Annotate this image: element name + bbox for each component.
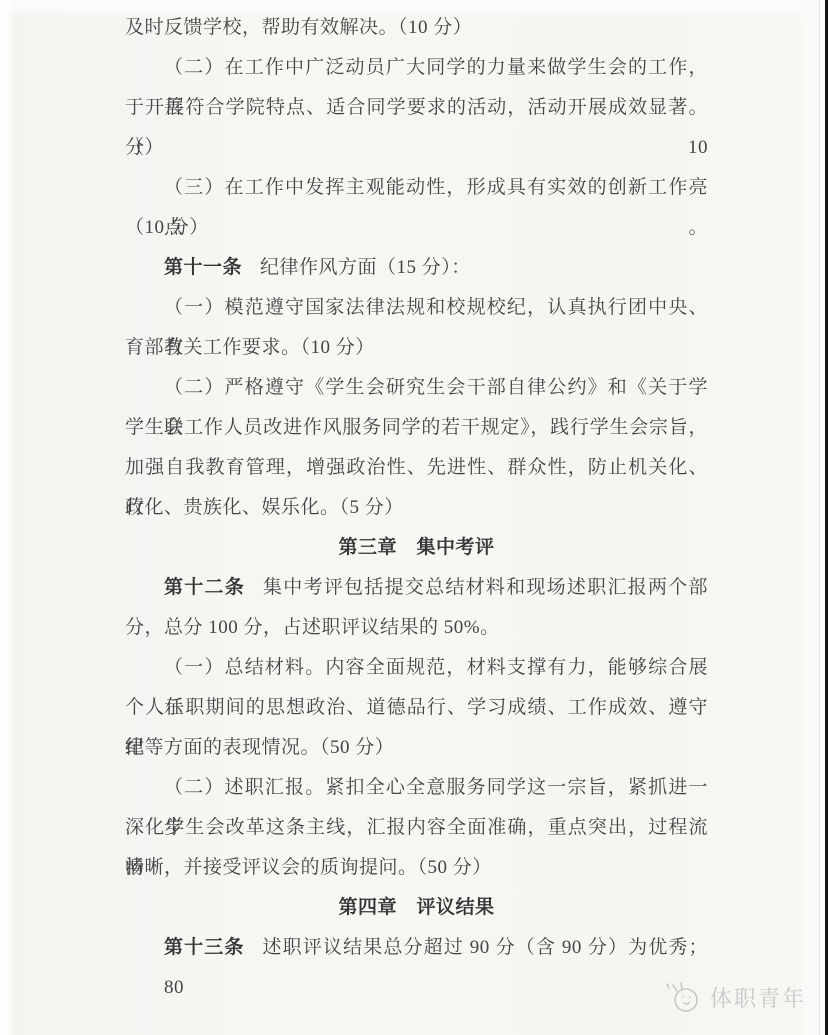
paragraph-line: 及时反馈学校，帮助有效解决。（10 分） [125, 8, 708, 48]
article-number: 第十三条 [164, 937, 245, 958]
chapter-heading: 第三章 集中考评 [125, 528, 708, 568]
watermark: 体职青年 [663, 979, 806, 1015]
paragraph-line: 育部有关工作要求。（10 分） [125, 328, 708, 368]
article-number: 第十一条 [164, 257, 242, 278]
paragraph-line: （三）在工作中发挥主观能动性，形成具有实效的创新工作亮点。 [125, 168, 708, 208]
paragraph-line: 加强自我教育管理，增强政治性、先进性、群众性，防止机关化、行 [125, 448, 708, 488]
paragraph-line: 个人任职期间的思想政治、道德品行、学习成绩、工作成效、遵守纪 [125, 688, 708, 728]
chapter-heading: 第四章 评议结果 [125, 888, 708, 928]
article-text: 集中考评包括提交总结材料和现场述职汇报两个部 [263, 577, 708, 598]
article-number: 第十二条 [164, 577, 245, 598]
paragraph-line: （二）严格遵守《学生会研究生会干部自律公约》和《关于学联 [125, 368, 708, 408]
paragraph-line: 第十三条述职评议结果总分超过 90 分（含 90 分）为优秀；80 [125, 928, 708, 968]
paragraph-line: 学生会工作人员改进作风服务同学的若干规定》，践行学生会宗旨， [125, 408, 708, 448]
watermark-label: 体职青年 [710, 982, 806, 1013]
paragraph-line: （二）在工作中广泛动员广大同学的力量来做学生会的工作，善 [125, 48, 708, 88]
paragraph-line: 分，总分 100 分，占述职评议结果的 50%。 [125, 608, 708, 648]
paragraph-line: （一）总结材料。内容全面规范，材料支撑有力，能够综合展示 [125, 648, 708, 688]
document-page: 及时反馈学校，帮助有效解决。（10 分）（二）在工作中广泛动员广大同学的力量来做… [0, 0, 828, 1035]
paragraph-line: 第十二条集中考评包括提交总结材料和现场述职汇报两个部 [125, 568, 708, 608]
document-body: 及时反馈学校，帮助有效解决。（10 分）（二）在工作中广泛动员广大同学的力量来做… [125, 8, 708, 968]
paragraph-line: 于开展符合学院特点、适合同学要求的活动，活动开展成效显著。（10 [125, 88, 708, 128]
publisher-mascot-icon [663, 979, 703, 1015]
paragraph-line: 清晰，并接受评议会的质询提问。（50 分） [125, 848, 708, 888]
paragraph-line: 政化、贵族化、娱乐化。（5 分） [125, 488, 708, 528]
paragraph-line: （二）述职汇报。紧扣全心全意服务同学这一宗旨，紧抓进一步 [125, 768, 708, 808]
paragraph-line: 律等方面的表现情况。（50 分） [125, 728, 708, 768]
paragraph-line: 深化学生会改革这条主线，汇报内容全面准确，重点突出，过程流畅 [125, 808, 708, 848]
article-text: 述职评议结果总分超过 90 分（含 90 分）为优秀；80 [164, 937, 708, 998]
article-text: 纪律作风方面（15 分）： [260, 257, 471, 278]
paragraph-line: 第十一条纪律作风方面（15 分）： [125, 248, 708, 288]
paragraph-line: （一）模范遵守国家法律法规和校规校纪，认真执行团中央、教 [125, 288, 708, 328]
